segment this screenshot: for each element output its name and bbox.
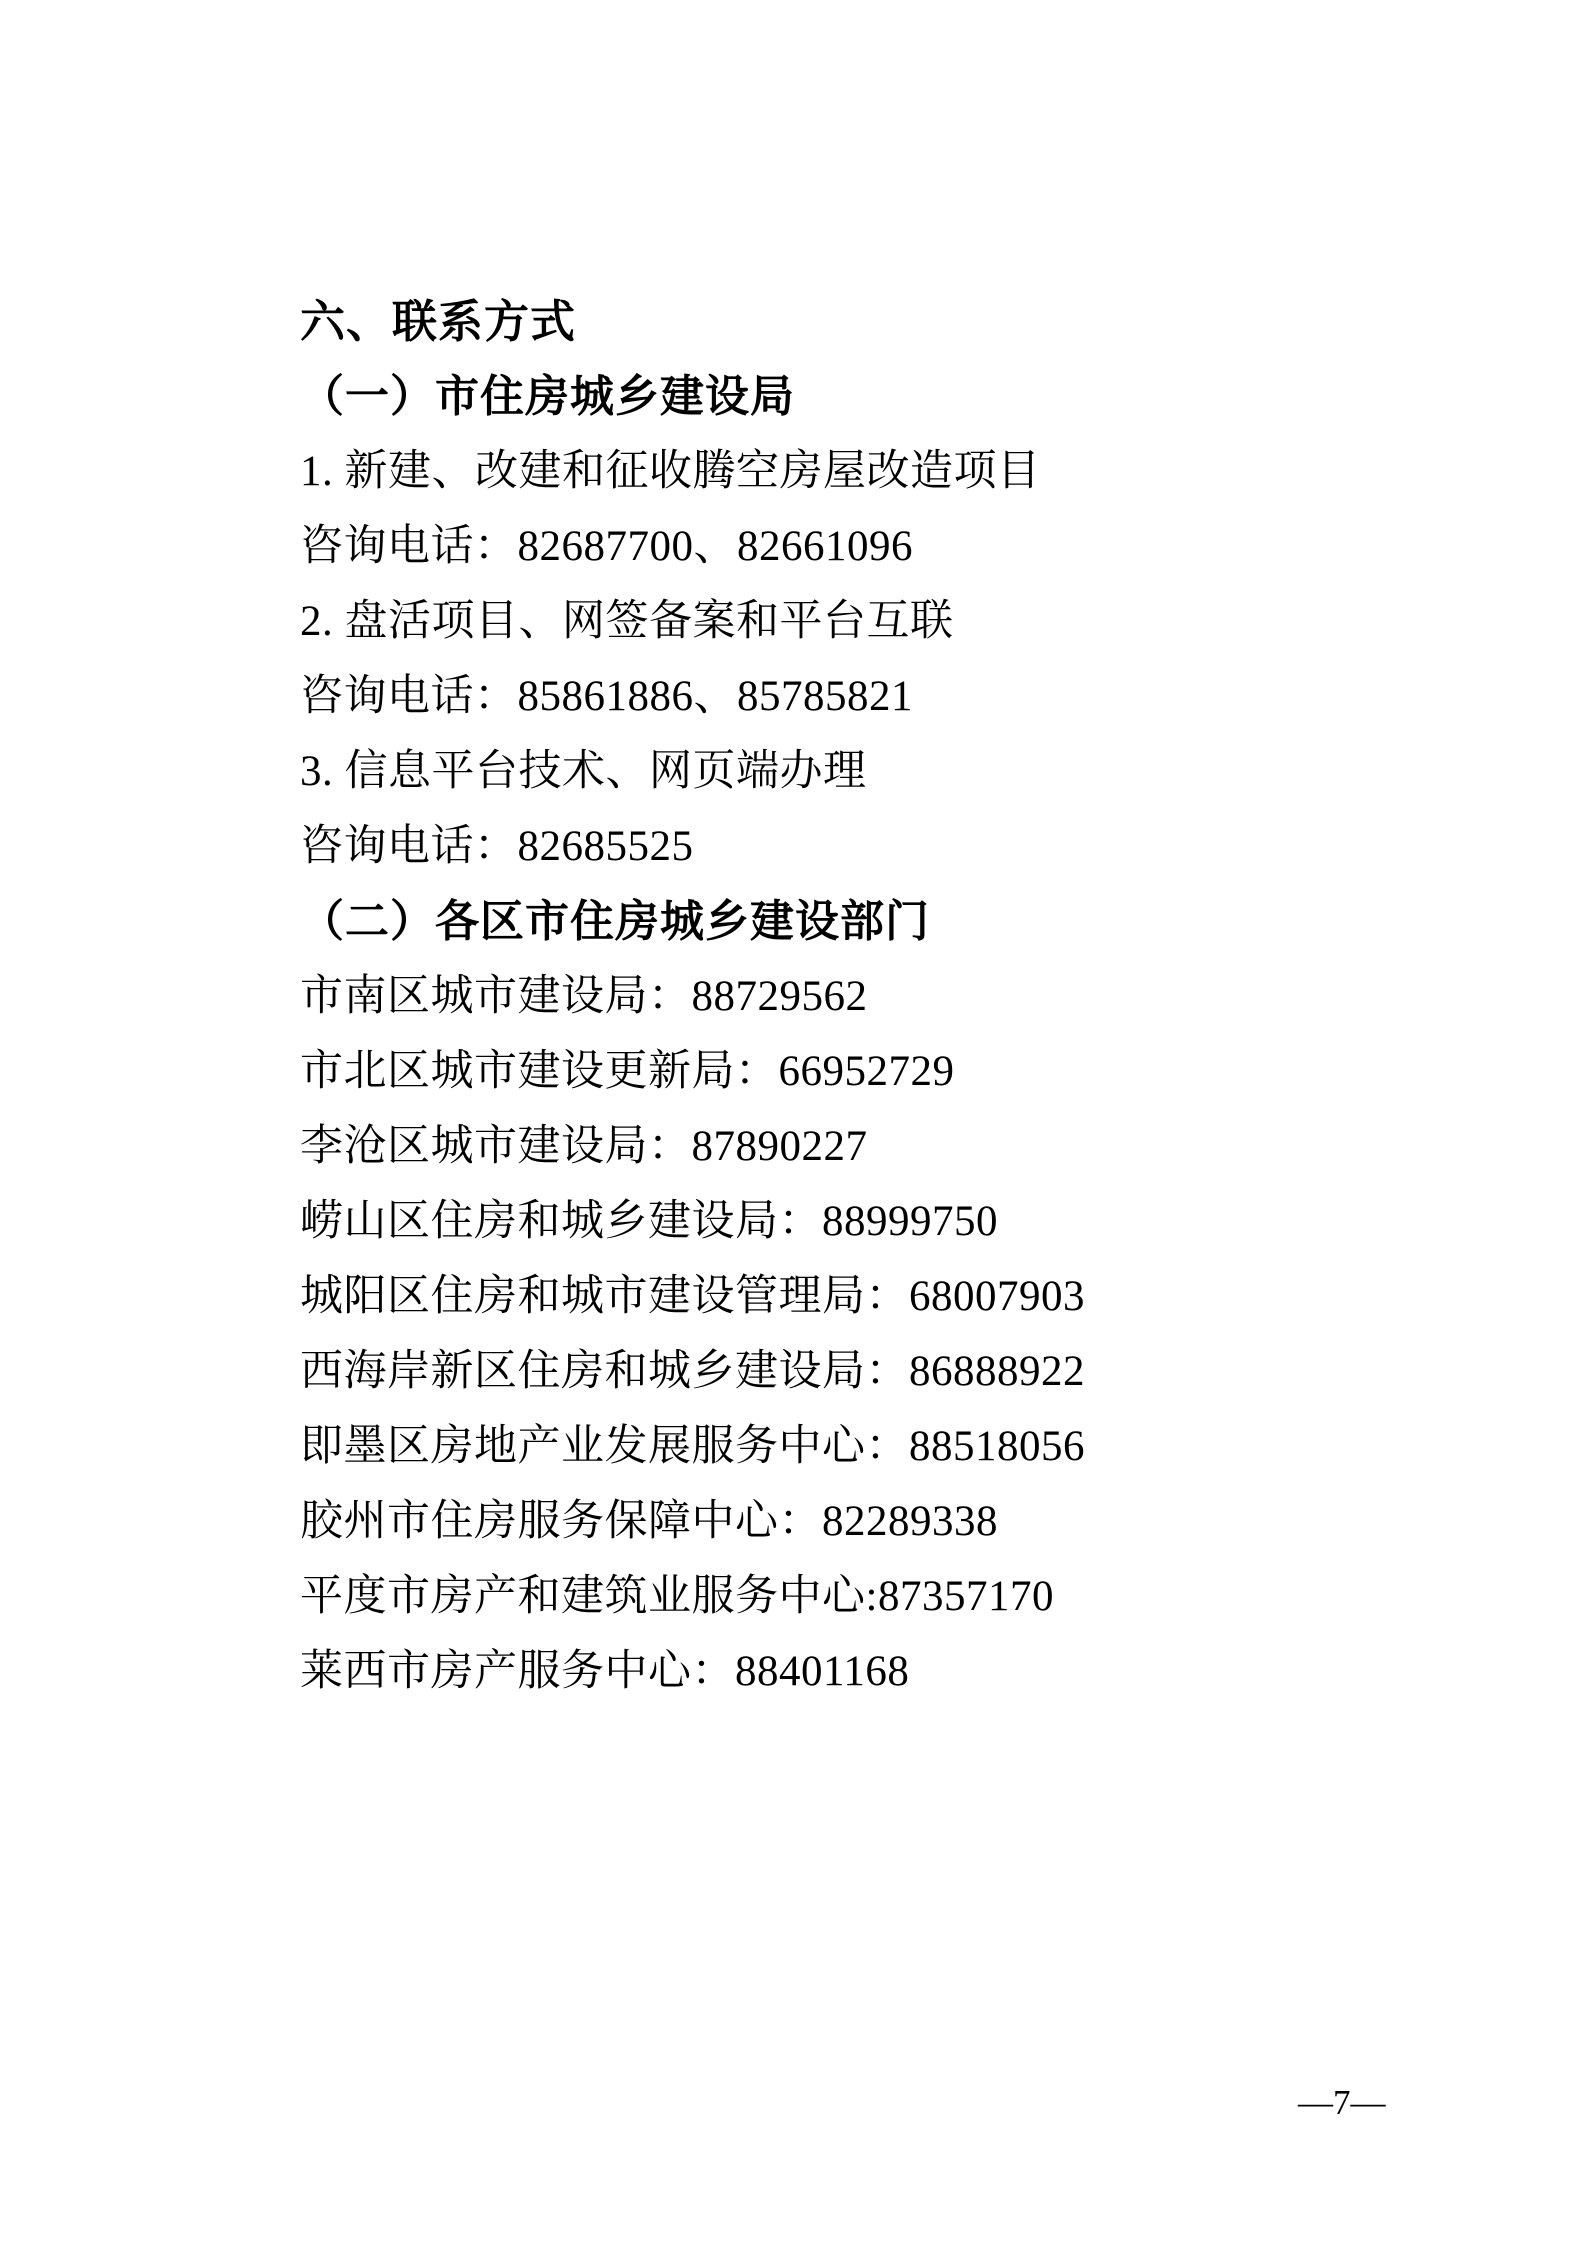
contact-line: 城阳区住房和城市建设管理局：68007903 — [300, 1259, 1400, 1334]
contact-name: 平度市房产和建筑业服务中心 — [300, 1573, 866, 1620]
colon: ： — [779, 1198, 823, 1245]
contact-phone: 88518056 — [909, 1423, 1085, 1470]
subsection-1-title: （一）市住房城乡建设局 — [300, 359, 1400, 434]
contact-line: 即墨区房地产业发展服务中心：88518056 — [300, 1409, 1400, 1484]
contact-phone: 88401168 — [735, 1648, 909, 1695]
contact-phone: 82289338 — [822, 1498, 998, 1545]
item-3-phone-line: 咨询电话：82685525 — [300, 809, 1400, 884]
contact-line: 市北区城市建设更新局：66952729 — [300, 1034, 1400, 1109]
colon: ： — [779, 1498, 823, 1545]
contact-phone: 88729562 — [692, 973, 868, 1020]
phone-numbers: 85861886、85785821 — [518, 673, 914, 720]
contact-name: 西海岸新区住房和城乡建设局 — [300, 1348, 866, 1395]
page-number: —7— — [1298, 2082, 1386, 2124]
colon: : — [866, 1573, 878, 1620]
item-2-phone-line: 咨询电话：85861886、85785821 — [300, 659, 1400, 734]
colon: ： — [648, 1123, 692, 1170]
contact-name: 城阳区住房和城市建设管理局 — [300, 1273, 866, 1320]
contact-name: 李沧区城市建设局 — [300, 1123, 648, 1170]
contact-phone: 66952729 — [779, 1048, 955, 1095]
colon: ： — [648, 973, 692, 1020]
contact-name: 莱西市房产服务中心 — [300, 1648, 692, 1695]
colon: ： — [692, 1648, 736, 1695]
item-1-phone-line: 咨询电话：82687700、82661096 — [300, 509, 1400, 584]
colon: ： — [474, 523, 518, 570]
colon: ： — [866, 1273, 910, 1320]
contact-phone: 87890227 — [692, 1123, 868, 1170]
contact-phone: 88999750 — [822, 1198, 998, 1245]
contact-line: 平度市房产和建筑业服务中心:87357170 — [300, 1559, 1400, 1634]
contact-phone: 86888922 — [909, 1348, 1085, 1395]
phone-label: 咨询电话 — [300, 523, 474, 570]
contact-line: 市南区城市建设局：88729562 — [300, 959, 1400, 1034]
colon: ： — [866, 1423, 910, 1470]
contact-name: 即墨区房地产业发展服务中心 — [300, 1423, 866, 1470]
contact-name: 市北区城市建设更新局 — [300, 1048, 735, 1095]
contact-name: 崂山区住房和城乡建设局 — [300, 1198, 779, 1245]
colon: ： — [866, 1348, 910, 1395]
phone-label: 咨询电话 — [300, 823, 474, 870]
contact-phone: 87357170 — [878, 1573, 1054, 1620]
item-3-title: 3. 信息平台技术、网页端办理 — [300, 734, 1400, 809]
contact-phone: 68007903 — [909, 1273, 1085, 1320]
phone-numbers: 82685525 — [518, 823, 694, 870]
contact-line: 李沧区城市建设局：87890227 — [300, 1109, 1400, 1184]
contact-name: 市南区城市建设局 — [300, 973, 648, 1020]
item-2-title: 2. 盘活项目、网签备案和平台互联 — [300, 584, 1400, 659]
contact-name: 胶州市住房服务保障中心 — [300, 1498, 779, 1545]
colon: ： — [474, 673, 518, 720]
subsection-2-title: （二）各区市住房城乡建设部门 — [300, 884, 1400, 959]
item-1-title: 1. 新建、改建和征收腾空房屋改造项目 — [300, 434, 1400, 509]
document-page: 六、联系方式 （一）市住房城乡建设局 1. 新建、改建和征收腾空房屋改造项目 咨… — [0, 0, 1587, 2245]
section-heading: 六、联系方式 — [300, 284, 1400, 359]
contact-line: 莱西市房产服务中心：88401168 — [300, 1634, 1400, 1709]
colon: ： — [474, 823, 518, 870]
document-body: 六、联系方式 （一）市住房城乡建设局 1. 新建、改建和征收腾空房屋改造项目 咨… — [300, 284, 1400, 1709]
contact-line: 胶州市住房服务保障中心：82289338 — [300, 1484, 1400, 1559]
contact-line: 崂山区住房和城乡建设局：88999750 — [300, 1184, 1400, 1259]
contact-line: 西海岸新区住房和城乡建设局：86888922 — [300, 1334, 1400, 1409]
phone-numbers: 82687700、82661096 — [518, 523, 914, 570]
colon: ： — [735, 1048, 779, 1095]
phone-label: 咨询电话 — [300, 673, 474, 720]
